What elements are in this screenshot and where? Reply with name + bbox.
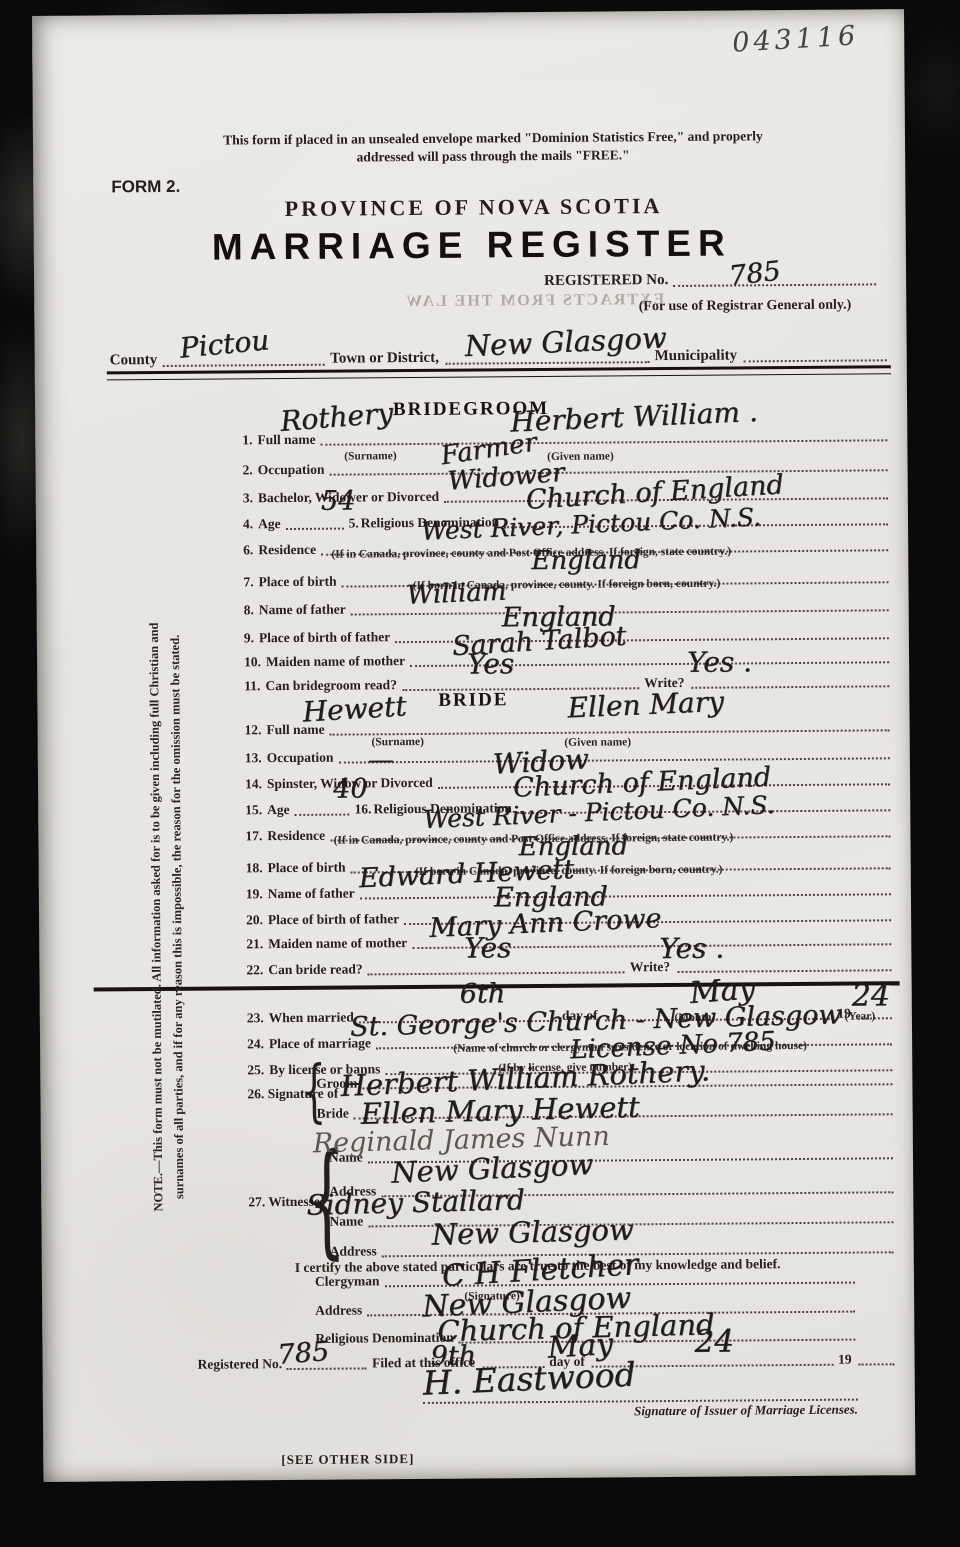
br-given-handwriting: Ellen Mary [567, 688, 724, 723]
wedding-day-handwriting: 6th [460, 980, 506, 1007]
county-label: County [110, 352, 158, 369]
dotted-line [329, 468, 887, 475]
field-label: Maiden name of mother [268, 935, 407, 952]
province-title: PROVINCE OF NOVA SCOTIA [33, 191, 913, 224]
dotted-line [368, 970, 625, 975]
town-handwriting: New Glasgow [464, 324, 667, 362]
field-label: Place of birth of father [268, 911, 399, 928]
registered-no-row: REGISTERED No. [544, 267, 879, 290]
field-label: Place of birth [268, 860, 346, 877]
dotted-line [286, 527, 344, 530]
field-number: 3. [243, 490, 253, 506]
scan-background: 043116 This form if placed in an unseale… [0, 0, 960, 1547]
field-number: 18. [246, 860, 263, 876]
field-label: Place of birth [259, 574, 337, 591]
town-label: Town or District, [330, 350, 439, 368]
field-number: 23. [247, 1010, 264, 1026]
issuer-signature-caption: Signature of Issuer of Marriage Licenses… [603, 1402, 858, 1420]
bg-age-handwriting: 54 [321, 487, 356, 514]
mailing-notice-line2: addressed will pass through the mails "F… [113, 145, 873, 167]
side-note-line1: NOTE.—This form must not be mutilated. A… [147, 622, 166, 1211]
dotted-line [330, 728, 890, 735]
side-note: NOTE.—This form must not be mutilated. A… [143, 577, 190, 1257]
field-label: Age [267, 802, 290, 818]
registered-no-label: REGISTERED No. [544, 272, 668, 290]
dotted-line [321, 438, 888, 445]
wedding-year-handwriting: 24 [852, 981, 890, 1011]
witness1-address-handwriting: New Glasgow [391, 1150, 594, 1188]
registered-no-handwriting: 785 [728, 258, 782, 291]
witness2-address-handwriting: New Glasgow [431, 1216, 634, 1250]
field-number: 22. [246, 962, 263, 978]
filing-registered-no-handwriting: 785 [277, 1338, 330, 1369]
bleed-through-text: EXTRACTS FROM THE LAW [334, 290, 734, 311]
bg-write-handwriting: Yes . [687, 648, 752, 677]
form-number: FORM 2. [111, 177, 180, 198]
field-number: 20. [246, 912, 263, 928]
field-label: Name of father [259, 602, 346, 619]
row-bg-occupation: 2. Occupation [242, 453, 890, 478]
field-number: 6. [243, 542, 253, 558]
field-number: 21. [246, 936, 263, 952]
field-number: 8. [244, 602, 254, 618]
filing-year-handwriting: 24 [694, 1327, 734, 1358]
field-label: When married [269, 1010, 354, 1027]
field-label: Place of birth of father [259, 629, 390, 646]
signature-brace: { [302, 1057, 326, 1125]
br-read-handwriting: Yes [464, 934, 511, 962]
dotted-line [295, 813, 350, 816]
br-occupation-handwriting: — [368, 747, 394, 773]
bg-birthplace-handwriting: England [531, 547, 641, 574]
br-write-handwriting: Yes . [659, 935, 724, 964]
issuer-signature-handwriting: H. Eastwood [422, 1358, 636, 1400]
field-number: 10. [244, 654, 261, 670]
dotted-line [859, 1362, 895, 1365]
br-surname-handwriting: Hewett [302, 692, 408, 726]
field-label: Age [258, 516, 281, 532]
field-number: 9. [244, 630, 254, 646]
field-label: Occupation [267, 750, 334, 767]
field-number: 2. [243, 462, 253, 478]
dotted-line [677, 968, 891, 973]
field-label: Can bride read? [268, 961, 362, 978]
field-number: 4. [243, 516, 253, 532]
field-number: 5. [349, 515, 359, 531]
dotted-line [744, 358, 887, 362]
field-label: Maiden name of mother [266, 653, 405, 670]
registered-label: Registered No. [198, 1356, 283, 1373]
bridegroom-section-title: BRIDEGROOM [35, 395, 907, 424]
clergyman-label: Clergyman [315, 1273, 380, 1290]
year-prefix: 19 [838, 1352, 852, 1368]
field-number: 17. [245, 828, 262, 844]
dotted-line [360, 892, 891, 899]
field-number: 15. [245, 802, 262, 818]
marriage-register-form: 043116 This form if placed in an unseale… [32, 9, 915, 1482]
bg-surname-handwriting: Rothery [279, 399, 394, 436]
field-number: 7. [243, 574, 253, 590]
field-number: 12. [245, 722, 262, 738]
address-label: Address [315, 1302, 362, 1318]
br-age-handwriting: 40 [333, 775, 368, 802]
field-label: Occupation [258, 462, 325, 479]
field-number: 24. [247, 1036, 264, 1052]
field-number: 13. [245, 750, 262, 766]
dotted-line [338, 756, 889, 763]
field-number: 1. [242, 432, 252, 448]
row-br-read-write: 22. Can bride read? Write? [246, 953, 894, 978]
witness2-name-handwriting: Sidney Stallard [306, 1186, 525, 1220]
side-note-line2: surnames of all parties, and if for any … [168, 635, 186, 1199]
see-other-side: [SEE OTHER SIDE] [281, 1451, 414, 1468]
field-number: 19. [246, 886, 263, 902]
field-label: Name of father [268, 885, 355, 902]
serial-number-handwriting: 043116 [732, 22, 860, 57]
field-number: 26. [247, 1086, 264, 1101]
field-number: 14. [245, 776, 262, 792]
county-handwriting: Pictou [178, 326, 270, 362]
bg-read-handwriting: Yes [467, 650, 514, 678]
bg-father-handwriting: William [406, 579, 507, 609]
field-number: 27. [248, 1194, 265, 1209]
field-number: 25. [247, 1062, 264, 1078]
